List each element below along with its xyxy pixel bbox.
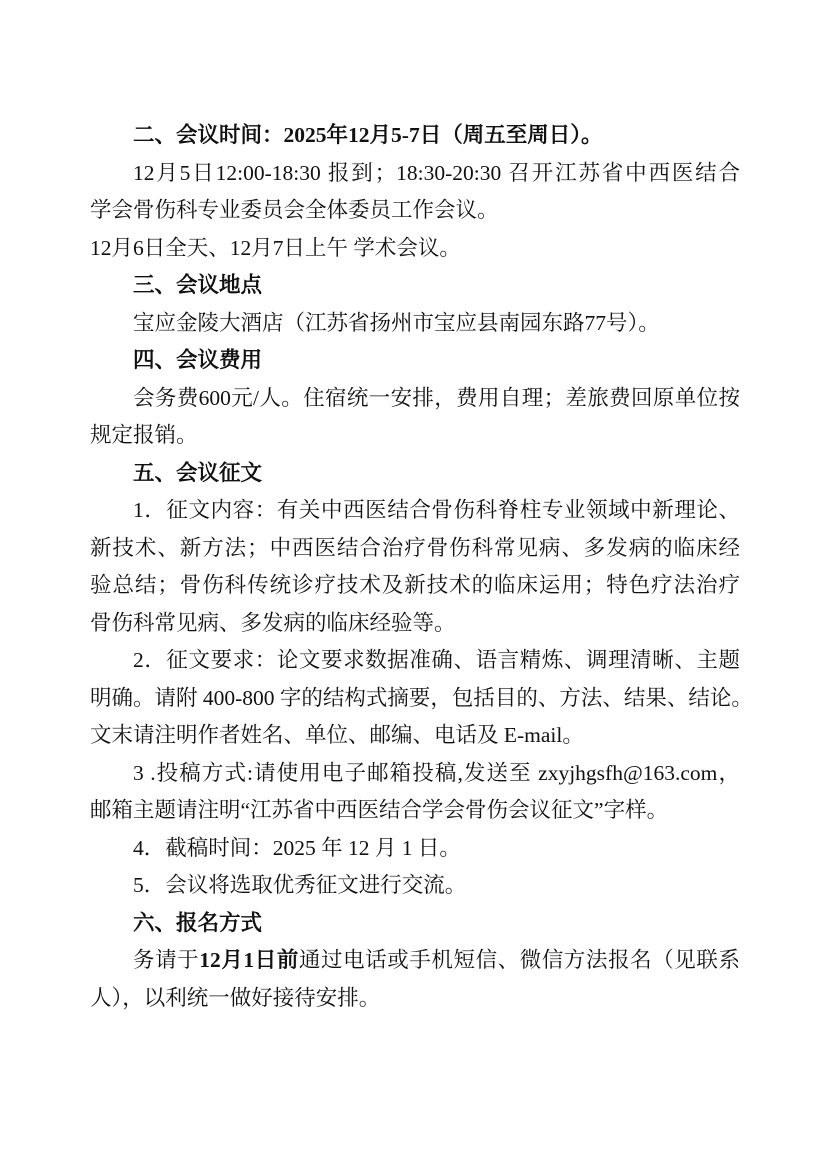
heading-meeting-time: 二、会议时间：2025年12月5-7日（周五至周日）。 <box>90 117 740 155</box>
heading-meeting-time-seg-6: 日（周五至周日）。 <box>420 123 603 147</box>
line-dec6-7-academic-seg-0: 12月6日全天、12月7日上午 学术会议。 <box>90 236 461 260</box>
line-registration-1-seg-0: 务请于 <box>133 948 199 972</box>
line-paper-content-1-seg-0: 1．征文内容：有关中西医结合骨伤科脊柱专业领域中新理论、 <box>133 498 740 522</box>
line-paper-requirements-3-seg-0: 文末请注明作者姓名、单位、邮编、电话及 E-mail。 <box>90 723 584 747</box>
line-registration-1: 务请于12月1日前通过电话或手机短信、微信方法报名（见联系 <box>90 942 740 980</box>
heading-meeting-time-seg-3: 12 <box>348 123 370 147</box>
line-fee-detail: 会务费600元/人。住宿统一安排，费用自理；差旅费回原单位按 <box>90 380 740 418</box>
line-paper-content-2: 新技术、新方法；中西医结合治疗骨伤科常见病、多发病的临床经 <box>90 530 740 568</box>
line-paper-content-2-seg-0: 新技术、新方法；中西医结合治疗骨伤科常见病、多发病的临床经 <box>90 536 740 560</box>
line-venue-address: 宝应金陵大酒店（江苏省扬州市宝应县南园东路77号）。 <box>90 305 740 343</box>
line-paper-content-3: 验总结；骨伤科传统诊疗技术及新技术的临床运用；特色疗法治疗 <box>90 567 740 605</box>
line-dec5-schedule-seg-0: 12月5日12:00-18:30 报到；18:30-20:30 召开江苏省中西医… <box>133 161 740 185</box>
heading-call-for-papers: 五、会议征文 <box>90 455 740 493</box>
line-deadline: 4．截稿时间：2025 年 12 月 1 日。 <box>90 830 740 868</box>
heading-registration: 六、报名方式 <box>90 905 740 943</box>
line-paper-requirements-3: 文末请注明作者姓名、单位、邮编、电话及 E-mail。 <box>90 717 740 755</box>
heading-meeting-time-seg-2: 年 <box>327 123 349 147</box>
line-registration-1-seg-1: 12月1日前 <box>199 948 299 972</box>
document-page: 二、会议时间：2025年12月5-7日（周五至周日）。12月5日12:00-18… <box>0 0 827 1169</box>
line-paper-content-4-seg-0: 骨伤科常见病、多发病的临床经验等。 <box>90 611 456 635</box>
line-paper-content-4: 骨伤科常见病、多发病的临床经验等。 <box>90 605 740 643</box>
line-paper-requirements-2: 明确。请附 400-800 字的结构式摘要，包括目的、方法、结果、结论。 <box>90 680 740 718</box>
line-submission-method-1-seg-0: 3 .投稿方式:请使用电子邮箱投稿,发送至 zxyjhgsfh@163.com， <box>133 761 740 785</box>
heading-meeting-time-seg-0: 二、会议时间： <box>133 123 284 147</box>
heading-meeting-fee-seg-0: 四、会议费用 <box>133 348 262 372</box>
heading-meeting-venue-seg-0: 三、会议地点 <box>133 273 262 297</box>
line-dec6-7-academic: 12月6日全天、12月7日上午 学术会议。 <box>90 230 740 268</box>
line-committee-meeting-cont: 学会骨伤科专业委员会全体委员工作会议。 <box>90 192 740 230</box>
line-selection: 5．会议将选取优秀征文进行交流。 <box>90 867 740 905</box>
heading-call-for-papers-seg-0: 五、会议征文 <box>133 461 262 485</box>
line-paper-requirements-1-seg-0: 2．征文要求：论文要求数据准确、语言精炼、调理清晰、主题 <box>133 648 740 672</box>
line-registration-2: 人），以利统一做好接待安排。 <box>90 980 740 1018</box>
line-dec5-schedule: 12月5日12:00-18:30 报到；18:30-20:30 召开江苏省中西医… <box>90 155 740 193</box>
line-paper-content-1: 1．征文内容：有关中西医结合骨伤科脊柱专业领域中新理论、 <box>90 492 740 530</box>
line-committee-meeting-cont-seg-0: 学会骨伤科专业委员会全体委员工作会议。 <box>90 198 499 222</box>
line-venue-address-seg-0: 宝应金陵大酒店（江苏省扬州市宝应县南园东路77号）。 <box>133 311 660 335</box>
line-fee-detail-seg-0: 会务费600元/人。住宿统一安排，费用自理；差旅费回原单位按 <box>133 386 740 410</box>
line-paper-requirements-1: 2．征文要求：论文要求数据准确、语言精炼、调理清晰、主题 <box>90 642 740 680</box>
line-paper-requirements-2-seg-0: 明确。请附 400-800 字的结构式摘要，包括目的、方法、结果、结论。 <box>90 686 740 710</box>
line-registration-2-seg-0: 人），以利统一做好接待安排。 <box>90 986 380 1010</box>
line-registration-1-seg-2: 通过电话或手机短信、微信方法报名（见联系 <box>299 948 740 972</box>
heading-meeting-time-seg-5: 5-7 <box>391 123 420 147</box>
line-paper-content-3-seg-0: 验总结；骨伤科传统诊疗技术及新技术的临床运用；特色疗法治疗 <box>90 573 740 597</box>
document-body: 二、会议时间：2025年12月5-7日（周五至周日）。12月5日12:00-18… <box>90 117 740 1017</box>
line-submission-method-2: 邮箱主题请注明“江苏省中西医结合学会骨伤会议征文”字样。 <box>90 792 740 830</box>
heading-registration-seg-0: 六、报名方式 <box>133 911 262 935</box>
line-fee-cont-seg-0: 规定报销。 <box>90 423 198 447</box>
line-submission-method-1: 3 .投稿方式:请使用电子邮箱投稿,发送至 zxyjhgsfh@163.com， <box>90 755 740 793</box>
heading-meeting-time-seg-1: 2025 <box>284 123 327 147</box>
line-submission-method-2-seg-0: 邮箱主题请注明“江苏省中西医结合学会骨伤会议征文”字样。 <box>90 798 668 822</box>
line-fee-cont: 规定报销。 <box>90 417 740 455</box>
heading-meeting-time-seg-4: 月 <box>370 123 392 147</box>
heading-meeting-fee: 四、会议费用 <box>90 342 740 380</box>
line-deadline-seg-0: 4．截稿时间：2025 年 12 月 1 日。 <box>133 836 461 860</box>
line-selection-seg-0: 5．会议将选取优秀征文进行交流。 <box>133 873 466 897</box>
heading-meeting-venue: 三、会议地点 <box>90 267 740 305</box>
